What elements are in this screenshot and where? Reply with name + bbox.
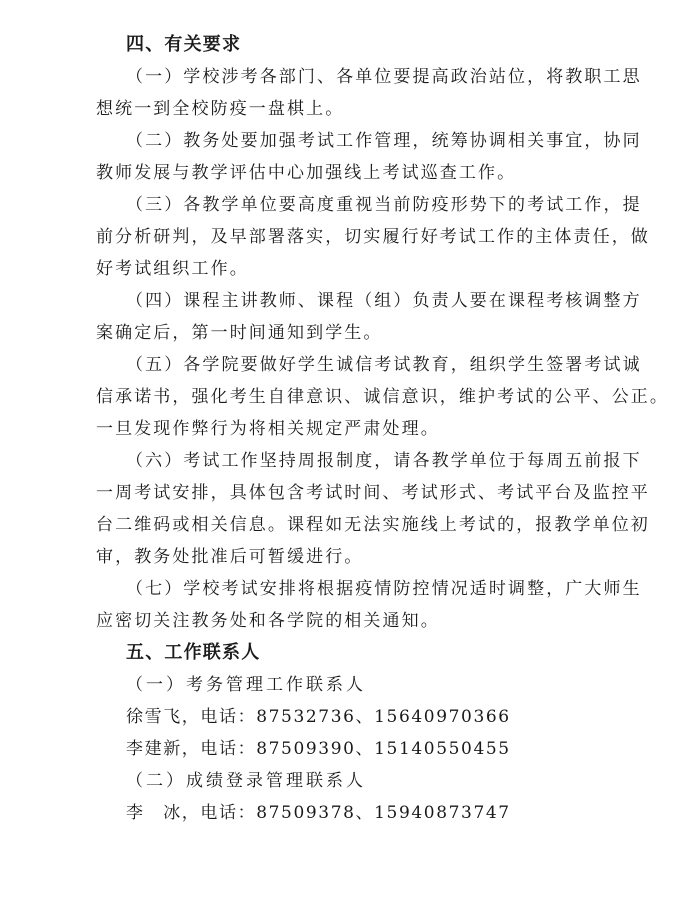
paragraph-line: 一旦发现作弊行为将相关规定严肃处理。 [96,413,596,445]
contact-entry: 徐雪飞，电话：87532736、15640970366 [126,701,626,733]
paragraph-line: 教师发展与教学评估中心加强线上考试巡查工作。 [96,157,596,189]
paragraph-line: 好考试组织工作。 [96,253,596,285]
paragraph-line: （四）课程主讲教师、课程（组）负责人要在课程考核调整方 [126,285,626,317]
paragraph-line: （五）各学院要做好学生诚信考试教育，组织学生签署考试诚 [126,349,626,381]
paragraph-line: 台二维码或相关信息。课程如无法实施线上考试的，报教学单位初 [96,509,596,541]
paragraph-line: 应密切关注教务处和各学院的相关通知。 [96,605,596,637]
section-heading-contacts: 五、工作联系人 [126,637,626,669]
paragraph-line: 信承诺书，强化考生自律意识、诚信意识，维护考试的公平、公正。 [96,381,596,413]
paragraph-line: 想统一到全校防疫一盘棋上。 [96,93,596,125]
paragraph-line: 一周考试安排，具体包含考试时间、考试形式、考试平台及监控平 [96,477,596,509]
subheading-exam-affairs: （一）考务管理工作联系人 [126,669,626,701]
contact-entry: 李建新，电话：87509390、15140550455 [126,733,626,765]
paragraph-line: （六）考试工作坚持周报制度，请各教学单位于每周五前报下 [126,445,626,477]
paragraph-line: （三）各教学单位要高度重视当前防疫形势下的考试工作，提 [126,189,626,221]
paragraph-line: 案确定后，第一时间通知到学生。 [96,317,596,349]
contact-entry: 李 冰，电话：87509378、15940873747 [126,797,626,829]
document-page: 四、有关要求 （一）学校涉考各部门、各单位要提高政治站位，将教职工思 想统一到全… [0,0,675,902]
paragraph-line: （二）教务处要加强考试工作管理，统筹协调相关事宜，协同 [126,125,626,157]
section-heading-requirements: 四、有关要求 [126,29,626,61]
paragraph-line: 审，教务处批准后可暂缓进行。 [96,541,596,573]
paragraph-line: 前分析研判，及早部署落实，切实履行好考试工作的主体责任，做 [96,221,596,253]
paragraph-line: （一）学校涉考各部门、各单位要提高政治站位，将教职工思 [126,61,626,93]
paragraph-line: （七）学校考试安排将根据疫情防控情况适时调整，广大师生 [126,573,626,605]
subheading-grade-entry: （二）成绩登录管理联系人 [126,765,626,797]
